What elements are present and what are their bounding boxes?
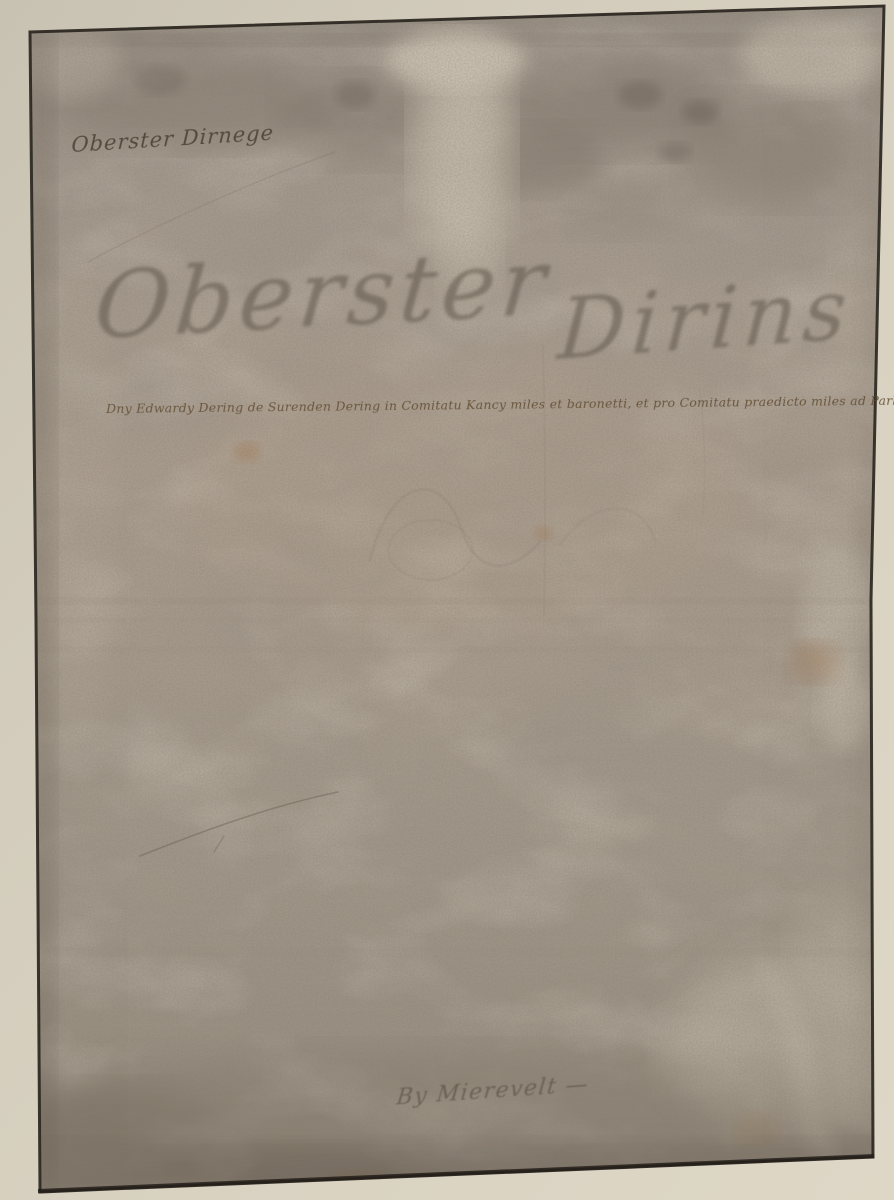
photographed-manuscript-page: Oberster Dirnege Oberster Dirins Dny Edw… [0,0,894,1200]
paper-sheet-artwork [0,0,894,1200]
sheet-surface [0,0,894,1200]
